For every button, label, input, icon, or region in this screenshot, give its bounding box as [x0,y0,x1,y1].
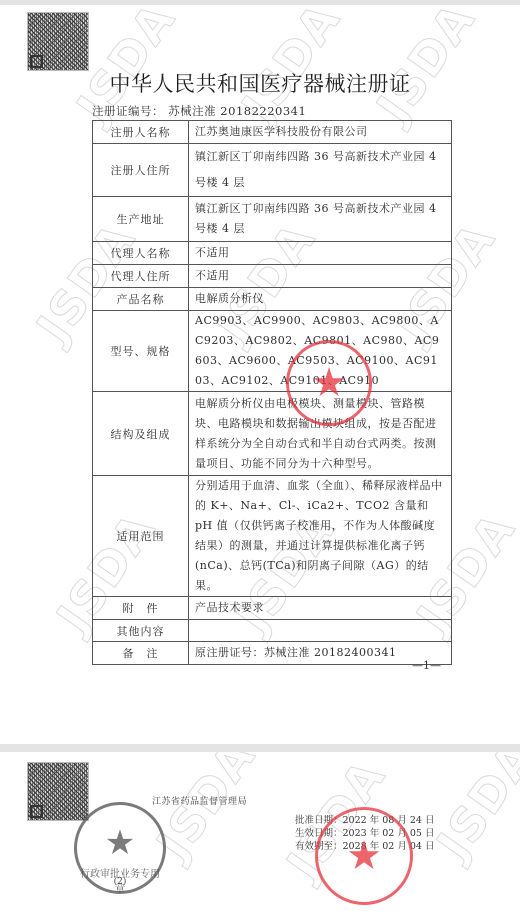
row-value: 不适用 [189,265,452,288]
certificate-title: 中华人民共和国医疗器械注册证 [0,68,520,98]
certificate-table: 注册人名称 江苏奥迪康医学科技股份有限公司 注册人住所 镇江新区丁卯南纬四路 3… [92,120,452,665]
row-label: 产品名称 [93,288,189,311]
row-label: 代理人名称 [93,242,189,265]
row-value: 江苏奥迪康医学科技股份有限公司 [189,121,452,144]
row-label: 代理人住所 [93,265,189,288]
registration-number-value: 苏械注准 20182220341 [168,104,306,118]
row-label: 型号、规格 [93,311,189,392]
table-row: 结构及组成 电解质分析仪由电极模块、测量模块、管路模块、电路模块和数据输出模块组… [93,392,452,476]
date-label: 有效期至： [295,841,343,852]
watermark-jsda: JSDA [426,752,520,869]
row-label: 注册人名称 [93,121,189,144]
expiry-date: 有效期至：2028 年 02 月 04 日 [295,840,434,853]
page-number: —1— [412,659,441,672]
table-row: 附 件 产品技术要求 [93,597,452,620]
qr-code [27,762,89,821]
row-label: 适用范围 [93,476,189,597]
row-label: 附 件 [93,597,189,620]
row-value: 镇江新区丁卯南纬四路 36 号高新技术产业园 4 号楼 4 层 [189,197,452,242]
date-value: 2022 年 08 月 24 日 [343,815,435,826]
row-value: 分别适用于血清、血浆（全血）、稀释尿液样品中的 K+、Na+、Cl-、iCa2+… [189,476,452,597]
table-row: 备 注 原注册证号：苏械注准 20182400341 [93,642,452,665]
table-row: 适用范围 分别适用于血清、血浆（全血）、稀释尿液样品中的 K+、Na+、Cl-、… [93,476,452,597]
date-value: 2028 年 02 月 04 日 [343,841,435,852]
issuing-authority: 江苏省药品监督管理局 [152,794,247,807]
table-row: 注册人名称 江苏奥迪康医学科技股份有限公司 [93,121,452,144]
row-label: 注册人住所 [93,144,189,197]
registration-number: 注册证编号： 苏械注准 20182220341 [92,103,306,119]
row-label: 生产地址 [93,197,189,242]
page-separator [0,744,520,752]
date-label: 生效日期： [295,828,343,839]
star-icon: ★ [105,823,135,863]
seal-number: (2) [77,877,163,887]
table-row: 代理人住所 不适用 [93,265,452,288]
row-value: 电解质分析仪 [189,288,452,311]
table-row: 生产地址 镇江新区丁卯南纬四路 36 号高新技术产业园 4 号楼 4 层 [93,197,452,242]
row-value [189,620,452,642]
certificate-page-1: JSDA JSDA JSDA JSDA JSDA JSDA JSDA JSDA … [0,5,520,744]
table-row: 代理人名称 不适用 [93,242,452,265]
effective-date: 生效日期：2023 年 02 月 05 日 [295,827,434,840]
official-seal-stamp: ★ 行政审批业务专用章 (2) [74,802,166,894]
date-label: 批准日期： [295,815,343,826]
table-row: 产品名称 电解质分析仪 [93,288,452,311]
registration-number-label: 注册证编号： [92,104,164,118]
row-value: AC9903、AC9900、AC9803、AC9800、AC9203、AC980… [189,311,452,392]
table-row: 型号、规格 AC9903、AC9900、AC9803、AC9800、AC9203… [93,311,452,392]
row-value: 电解质分析仪由电极模块、测量模块、管路模块、电路模块和数据输出模块组成，按是否配… [189,392,452,476]
table-row: 注册人住所 镇江新区丁卯南纬四路 36 号高新技术产业园 4 号楼 4 层 [93,144,452,197]
table-row: 其他内容 [93,620,452,642]
row-label: 结构及组成 [93,392,189,476]
row-value: 不适用 [189,242,452,265]
approval-date: 批准日期：2022 年 08 月 24 日 [295,814,434,827]
row-value: 产品技术要求 [189,597,452,620]
certificate-page-2: JSDA JSDA JSDA 江苏省药品监督管理局 ★ 行政审批业务专用章 (2… [0,752,520,911]
row-value: 镇江新区丁卯南纬四路 36 号高新技术产业园 4 号楼 4 层 [189,144,452,197]
validity-dates: 批准日期：2022 年 08 月 24 日 生效日期：2023 年 02 月 0… [295,814,434,853]
row-label: 其他内容 [93,620,189,642]
qr-code [27,12,89,71]
row-label: 备 注 [93,642,189,665]
date-value: 2023 年 02 月 05 日 [343,828,435,839]
